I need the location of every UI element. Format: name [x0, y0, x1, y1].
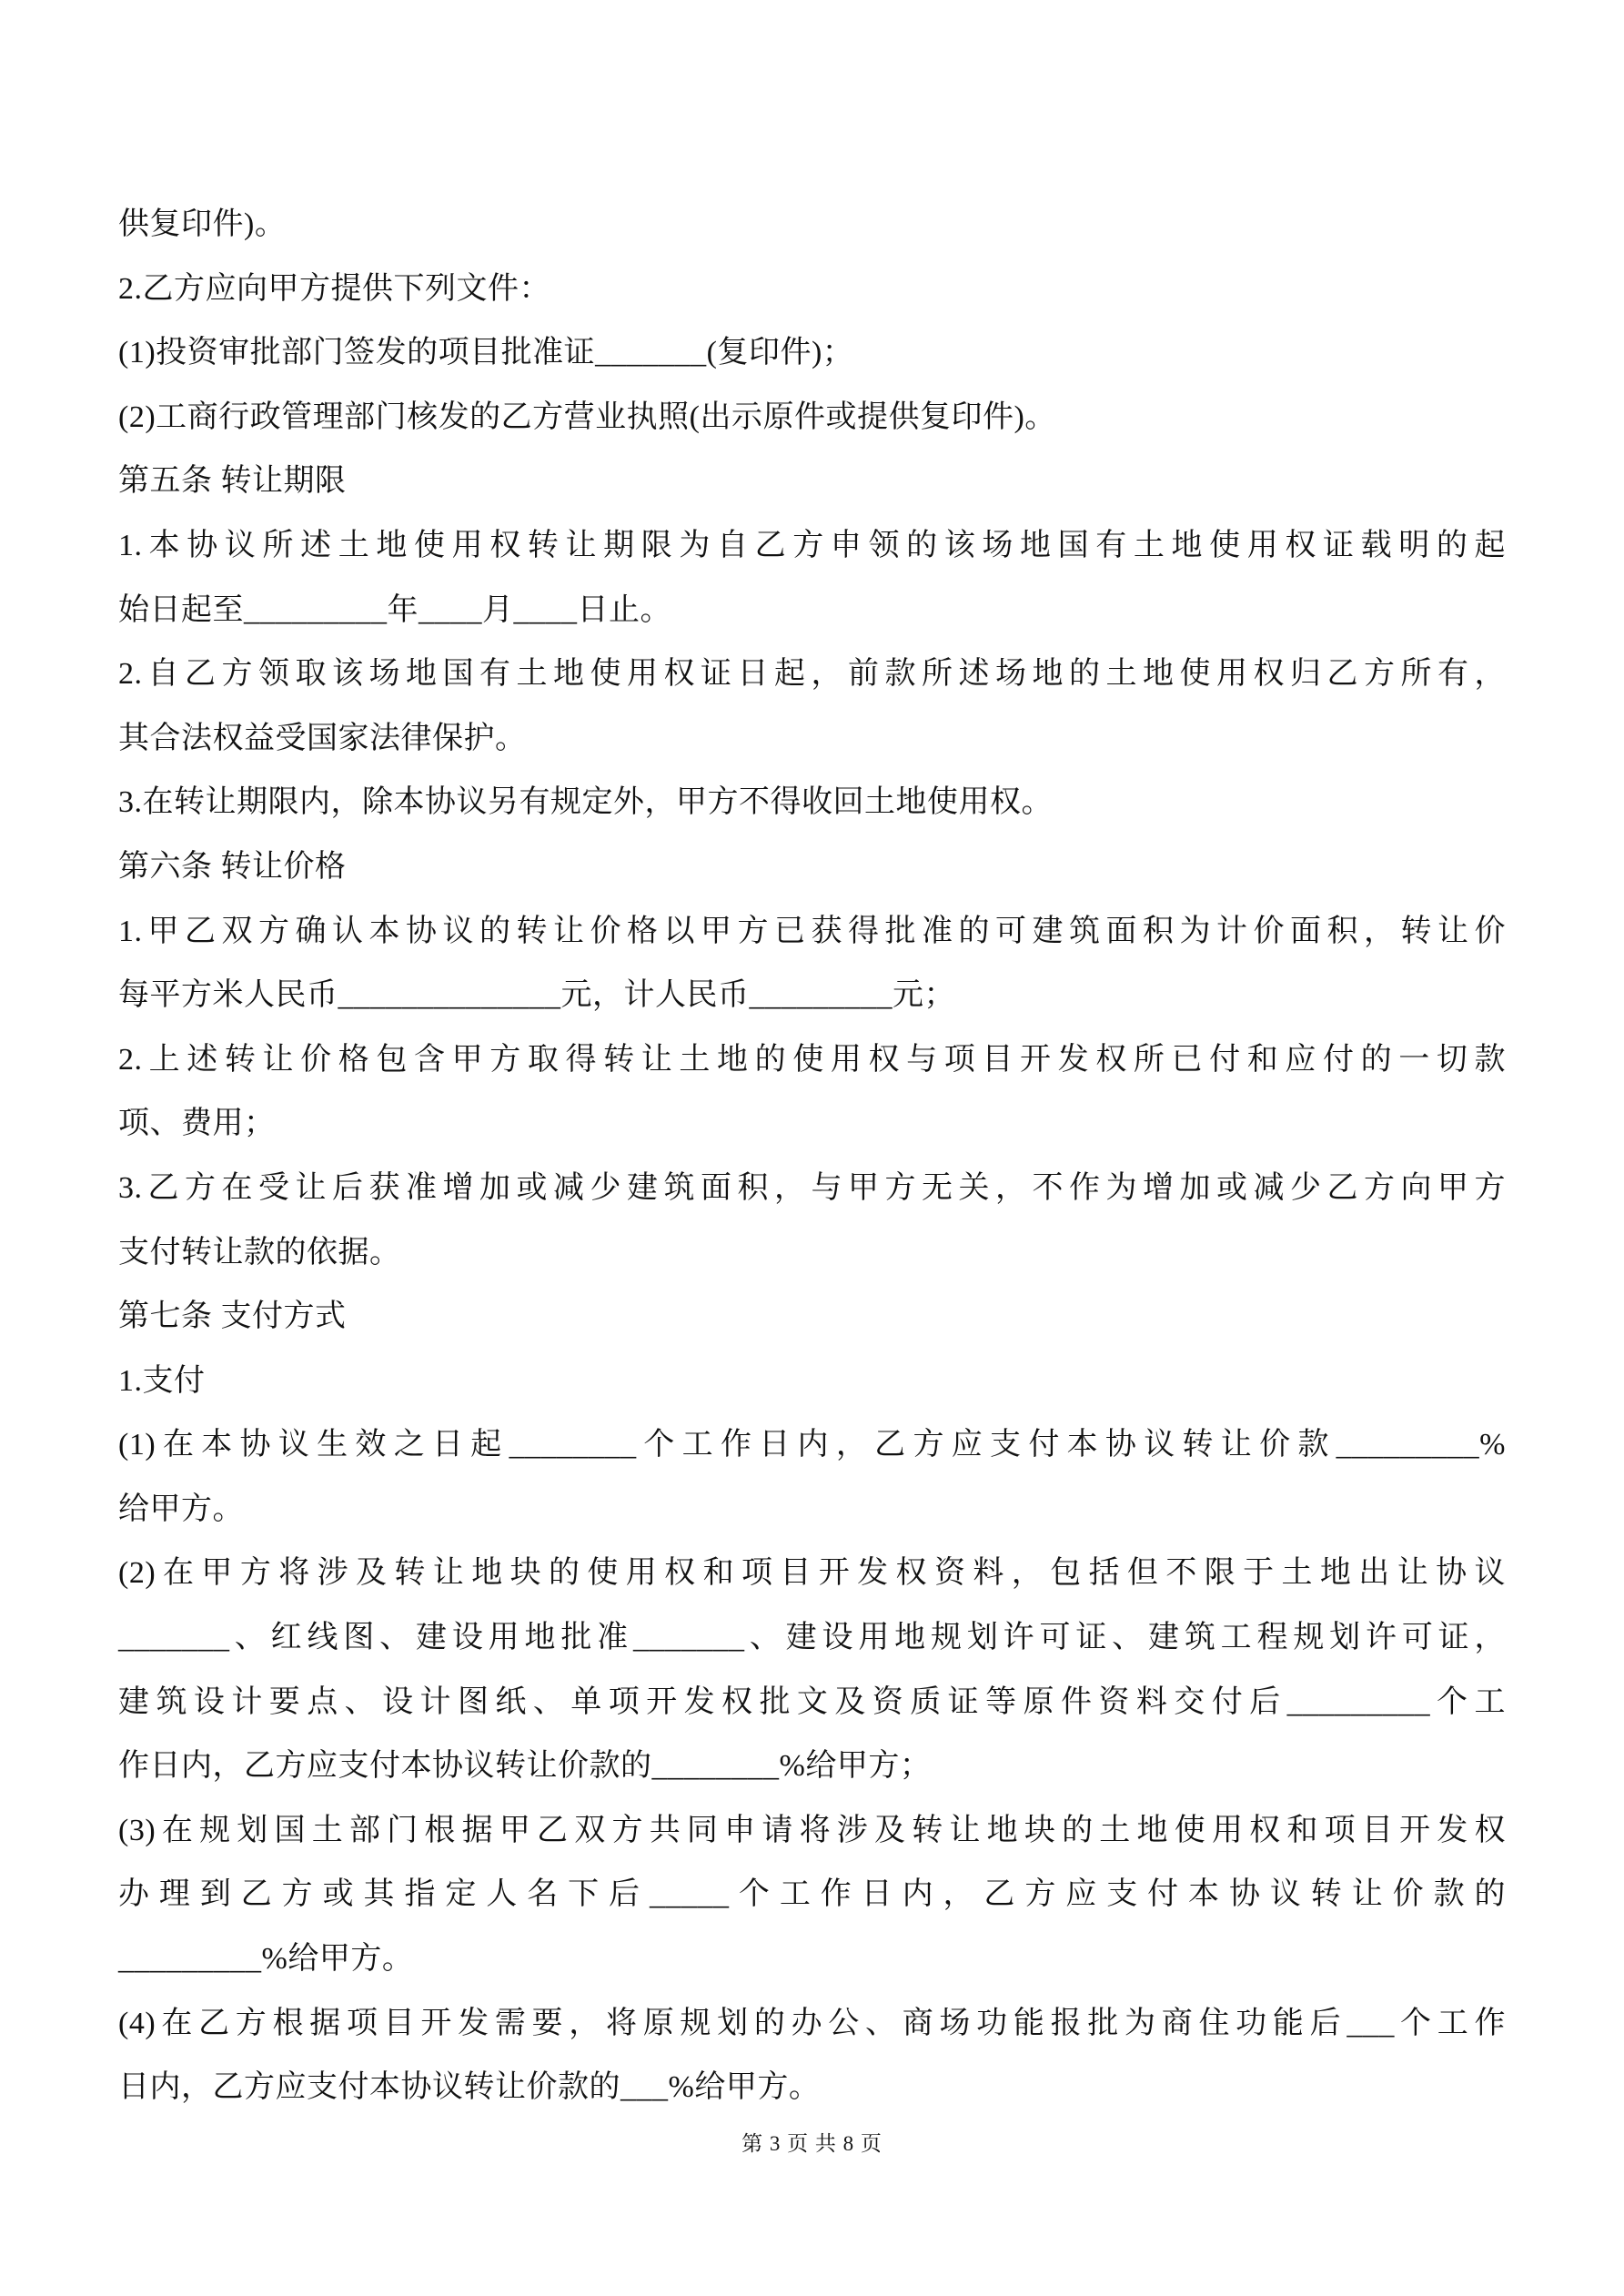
doc-line: 每平方米人民币______________元，计人民币_________元； [118, 964, 1506, 1028]
doc-line: 2.上述转让价格包含甲方取得转让土地的使用权与项目开发权所已付和应付的一切款 [118, 1028, 1506, 1093]
doc-line: 日内，乙方应支付本协议转让价款的___%给甲方。 [118, 2056, 1506, 2120]
doc-line: (4)在乙方根据项目开发需要，将原规划的办公、商场功能报批为商住功能后___个工… [118, 1992, 1506, 2057]
section-heading-article-7: 第七条 支付方式 [118, 1285, 1506, 1350]
contract-page: 供复印件)。 2.乙方应向甲方提供下列文件： (1)投资审批部门签发的项目批准证… [0, 0, 1624, 2296]
page-number: 第 3 页 共 8 页 [0, 2122, 1624, 2166]
doc-line: (2)在甲方将涉及转让地块的使用权和项目开发权资料，包括但不限于土地出让协议 [118, 1542, 1506, 1606]
doc-line: 始日起至_________年____月____日止。 [118, 579, 1506, 643]
doc-line: 作日内，乙方应支付本协议转让价款的________%给甲方； [118, 1735, 1506, 1799]
doc-line: 3.在转让期限内，除本协议另有规定外，甲方不得收回土地使用权。 [118, 771, 1506, 835]
doc-line: 其合法权益受国家法律保护。 [118, 707, 1506, 772]
doc-line: 支付转让款的依据。 [118, 1221, 1506, 1286]
doc-line: _________%给甲方。 [118, 1927, 1506, 1992]
doc-line: (1)在本协议生效之日起________个工作日内，乙方应支付本协议转让价款__… [118, 1413, 1506, 1478]
doc-line: 1.甲乙双方确认本协议的转让价格以甲方已获得批准的可建筑面积为计价面积，转让价 [118, 900, 1506, 965]
doc-line: 项、费用； [118, 1092, 1506, 1157]
doc-line: 供复印件)。 [118, 193, 1506, 258]
doc-line: _______、红线图、建设用地批准_______、建设用地规划许可证、建筑工程… [118, 1606, 1506, 1671]
doc-line: (1)投资审批部门签发的项目批准证_______(复印件)； [118, 321, 1506, 386]
doc-line: 建筑设计要点、设计图纸、单项开发权批文及资质证等原件资料交付后_________… [118, 1671, 1506, 1735]
doc-line: 2.自乙方领取该场地国有土地使用权证日起，前款所述场地的土地使用权归乙方所有， [118, 642, 1506, 707]
section-heading-article-6: 第六条 转让价格 [118, 835, 1506, 900]
doc-line: 1.本协议所述土地使用权转让期限为自乙方申领的该场地国有土地使用权证载明的起 [118, 514, 1506, 579]
doc-line: 办理到乙方或其指定人名下后_____个工作日内，乙方应支付本协议转让价款的 [118, 1863, 1506, 1927]
doc-line: 1.支付 [118, 1350, 1506, 1414]
doc-line: 3.乙方在受让后获准增加或减少建筑面积，与甲方无关，不作为增加或减少乙方向甲方 [118, 1157, 1506, 1221]
section-heading-article-5: 第五条 转让期限 [118, 450, 1506, 514]
doc-line: 给甲方。 [118, 1478, 1506, 1542]
doc-line: 2.乙方应向甲方提供下列文件： [118, 258, 1506, 322]
contract-body: 供复印件)。 2.乙方应向甲方提供下列文件： (1)投资审批部门签发的项目批准证… [118, 193, 1506, 2120]
doc-line: (2)工商行政管理部门核发的乙方营业执照(出示原件或提供复印件)。 [118, 386, 1506, 450]
doc-line: (3)在规划国土部门根据甲乙双方共同申请将涉及转让地块的土地使用权和项目开发权 [118, 1799, 1506, 1864]
